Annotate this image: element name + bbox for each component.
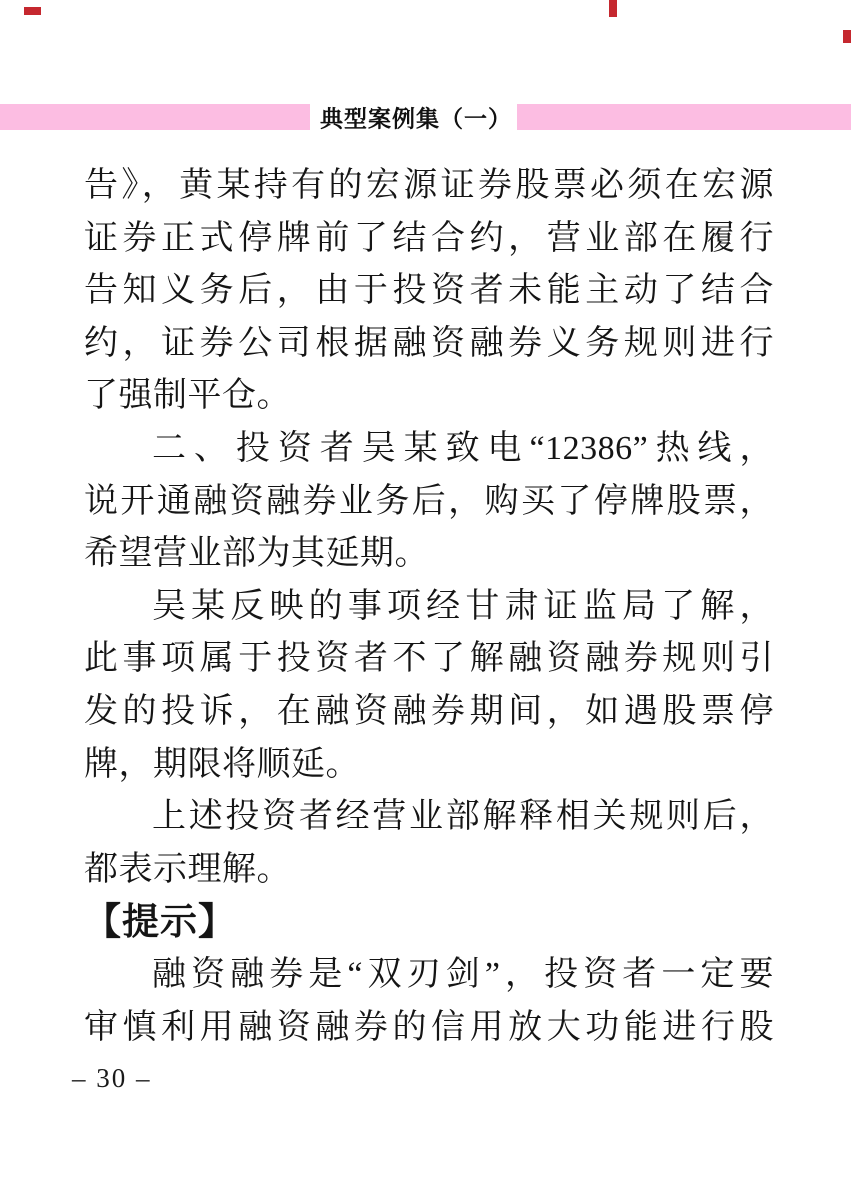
text-line: 希望营业部为其延期。 — [84, 528, 774, 581]
book-page: 典型案例集（一） 告》，黄某持有的宏源证券股票必须在宏源证券正式停牌前了结合约，… — [0, 0, 851, 1189]
page-title: 典型案例集（一） — [320, 101, 512, 134]
red-scan-mark-top — [609, 0, 617, 17]
text-line: 都表示理解。 — [84, 844, 774, 897]
text-line: 二、投资者吴某致电“12386”热线， — [84, 423, 774, 476]
text-line: 上述投资者经营业部解释相关规则后， — [84, 791, 774, 844]
text-line: 吴某反映的事项经甘肃证监局了解， — [84, 581, 774, 634]
red-scan-mark-left — [24, 7, 41, 15]
header-band-right — [517, 104, 851, 130]
text-line: 融资融券是“双刃剑”，投资者一定要 — [84, 949, 774, 1002]
body-text: 告》，黄某持有的宏源证券股票必须在宏源证券正式停牌前了结合约，营业部在履行告知义… — [84, 160, 774, 1054]
running-head: 典型案例集（一） — [0, 104, 851, 130]
text-line: 证券正式停牌前了结合约，营业部在履行 — [84, 213, 774, 266]
text-line: 说开通融资融券业务后，购买了停牌股票， — [84, 476, 774, 529]
text-line: 告》，黄某持有的宏源证券股票必须在宏源 — [84, 160, 774, 213]
text-line: 发的投诉，在融资融券期间，如遇股票停 — [84, 686, 774, 739]
page-number: – 30 – — [72, 1063, 152, 1094]
text-line: 告知义务后，由于投资者未能主动了结合 — [84, 265, 774, 318]
text-line: 此事项属于投资者不了解融资融券规则引 — [84, 633, 774, 686]
text-line: 了强制平仓。 — [84, 370, 774, 423]
text-line: 审慎利用融资融券的信用放大功能进行股 — [84, 1002, 774, 1055]
text-line: 约，证券公司根据融资融券义务规则进行 — [84, 318, 774, 371]
section-heading: 【提示】 — [84, 896, 774, 949]
header-band-left — [0, 104, 310, 130]
red-scan-mark-right — [843, 30, 851, 43]
text-line: 牌，期限将顺延。 — [84, 739, 774, 792]
